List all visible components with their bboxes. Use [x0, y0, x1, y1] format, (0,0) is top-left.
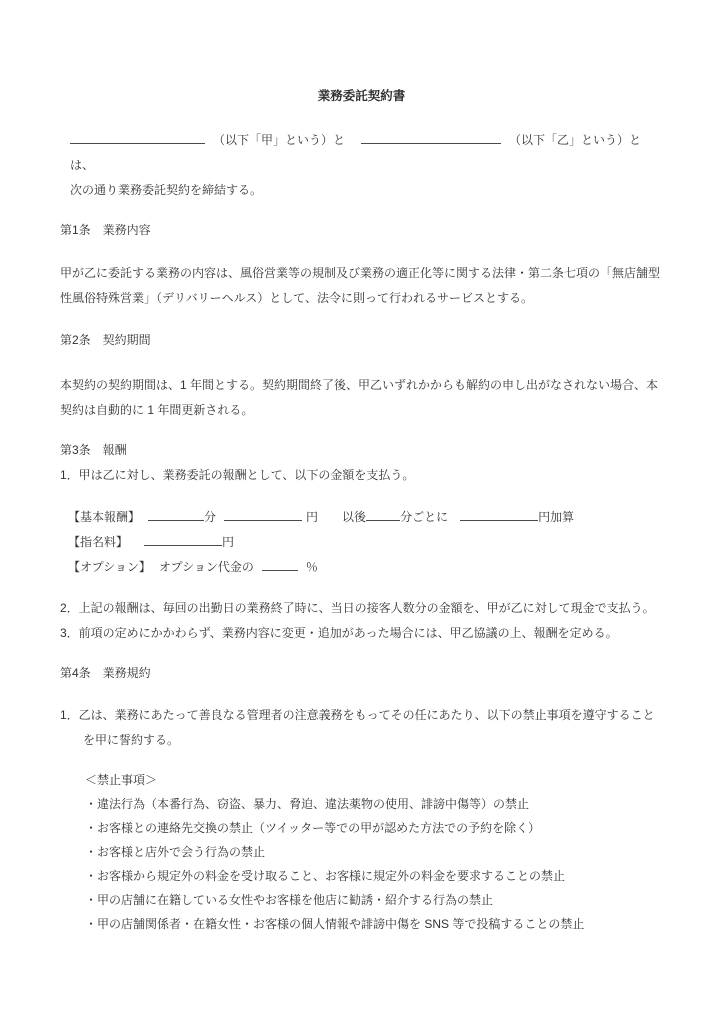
prohibited-item: ・お客様と店外で会う行為の禁止	[60, 840, 663, 864]
prohibited-item: ・お客様から規定外の料金を受け取ること、お客様に規定外の料金を要求することの禁止	[60, 864, 663, 888]
party-a-label: （以下「甲」という）と	[213, 133, 345, 147]
article2-body: 本契約の契約期間は、1 年間とする。契約期間終了後、甲乙いずれかからも解約の申し…	[60, 373, 663, 423]
fee-basic-unit-min: 分	[204, 510, 216, 524]
party-a-name-blank	[70, 131, 205, 144]
additional-amount-blank	[460, 508, 538, 521]
fee-basic-line: 【基本報酬】分円以後分ごとに円加算	[68, 505, 663, 530]
fee-option-line: 【オプション】オプション代金の％	[68, 555, 663, 580]
fee-section: 【基本報酬】分円以後分ごとに円加算 【指名料】円 【オプション】オプション代金の…	[60, 505, 663, 580]
prohibited-item: ・お客様との連絡先交換の禁止（ツイッター等での甲が認めた方法での予約を除く）	[60, 816, 663, 840]
prohibited-items-list: ・違法行為（本番行為、窃盗、暴力、脅迫、違法薬物の使用、誹謗中傷等）の禁止 ・お…	[60, 792, 663, 936]
basic-amount-blank	[224, 508, 302, 521]
fee-basic-per-min: 分ごとに	[400, 510, 448, 524]
preamble: （以下「甲」という）と（以下「乙」という）とは、 次の通り業務委託契約を締結する…	[60, 128, 663, 203]
option-percent-blank	[262, 558, 298, 571]
fee-option-unit-percent: ％	[306, 560, 318, 574]
basic-minutes-blank	[148, 508, 204, 521]
prohibited-item: ・甲の店舗関係者・在籍女性・お客様の個人情報や誹謗中傷を SNS 等で投稿するこ…	[60, 912, 663, 936]
article4-heading: 第4条 業務規約	[60, 661, 663, 686]
contract-document: 業務委託契約書 （以下「甲」という）と（以下「乙」という）とは、 次の通り業務委…	[0, 0, 720, 1024]
article2-heading: 第2条 契約期間	[60, 328, 663, 353]
article1-heading: 第1条 業務内容	[60, 218, 663, 243]
document-title: 業務委託契約書	[60, 86, 663, 106]
article3-heading: 第3条 報酬	[60, 438, 663, 463]
prohibited-item: ・違法行為（本番行為、窃盗、暴力、脅迫、違法薬物の使用、誹謗中傷等）の禁止	[60, 792, 663, 816]
fee-option-text: オプション代金の	[159, 560, 254, 574]
article3-item2: 2．上記の報酬は、毎回の出勤日の業務終了時に、当日の接客人数分の金額を、甲が乙に…	[60, 596, 663, 621]
fee-option-label: 【オプション】	[68, 560, 151, 574]
fee-basic-after: 以後	[342, 510, 366, 524]
article4-item1: 1．乙は、業務にあたって善良なる管理者の注意義務をもってその任にあたり、以下の禁…	[60, 703, 663, 753]
additional-minutes-blank	[366, 508, 400, 521]
party-b-name-blank	[361, 131, 501, 144]
fee-nomination-line: 【指名料】円	[68, 530, 663, 555]
preamble-line2: 次の通り業務委託契約を締結する。	[70, 183, 262, 197]
article1-body: 甲が乙に委託する業務の内容は、風俗営業等の規制及び業務の適正化等に関する法律・第…	[60, 261, 663, 311]
nomination-amount-blank	[144, 533, 222, 546]
fee-nomination-unit-yen: 円	[222, 535, 234, 549]
article3-item3: 3．前項の定めにかかわらず、業務内容に変更・追加があった場合には、甲乙協議の上、…	[60, 621, 663, 646]
fee-nomination-label: 【指名料】	[68, 535, 128, 549]
prohibited-item: ・甲の店舗に在籍している女性やお客様を他店に勧誘・紹介する行為の禁止	[60, 888, 663, 912]
article3-item1: 1．甲は乙に対し、業務委託の報酬として、以下の金額を支払う。	[60, 463, 663, 488]
fee-basic-label: 【基本報酬】	[68, 510, 140, 524]
prohibited-items-title: ＜禁止事項＞	[60, 768, 663, 792]
fee-basic-unit-yen: 円	[306, 510, 318, 524]
fee-basic-add-yen: 円加算	[538, 510, 574, 524]
